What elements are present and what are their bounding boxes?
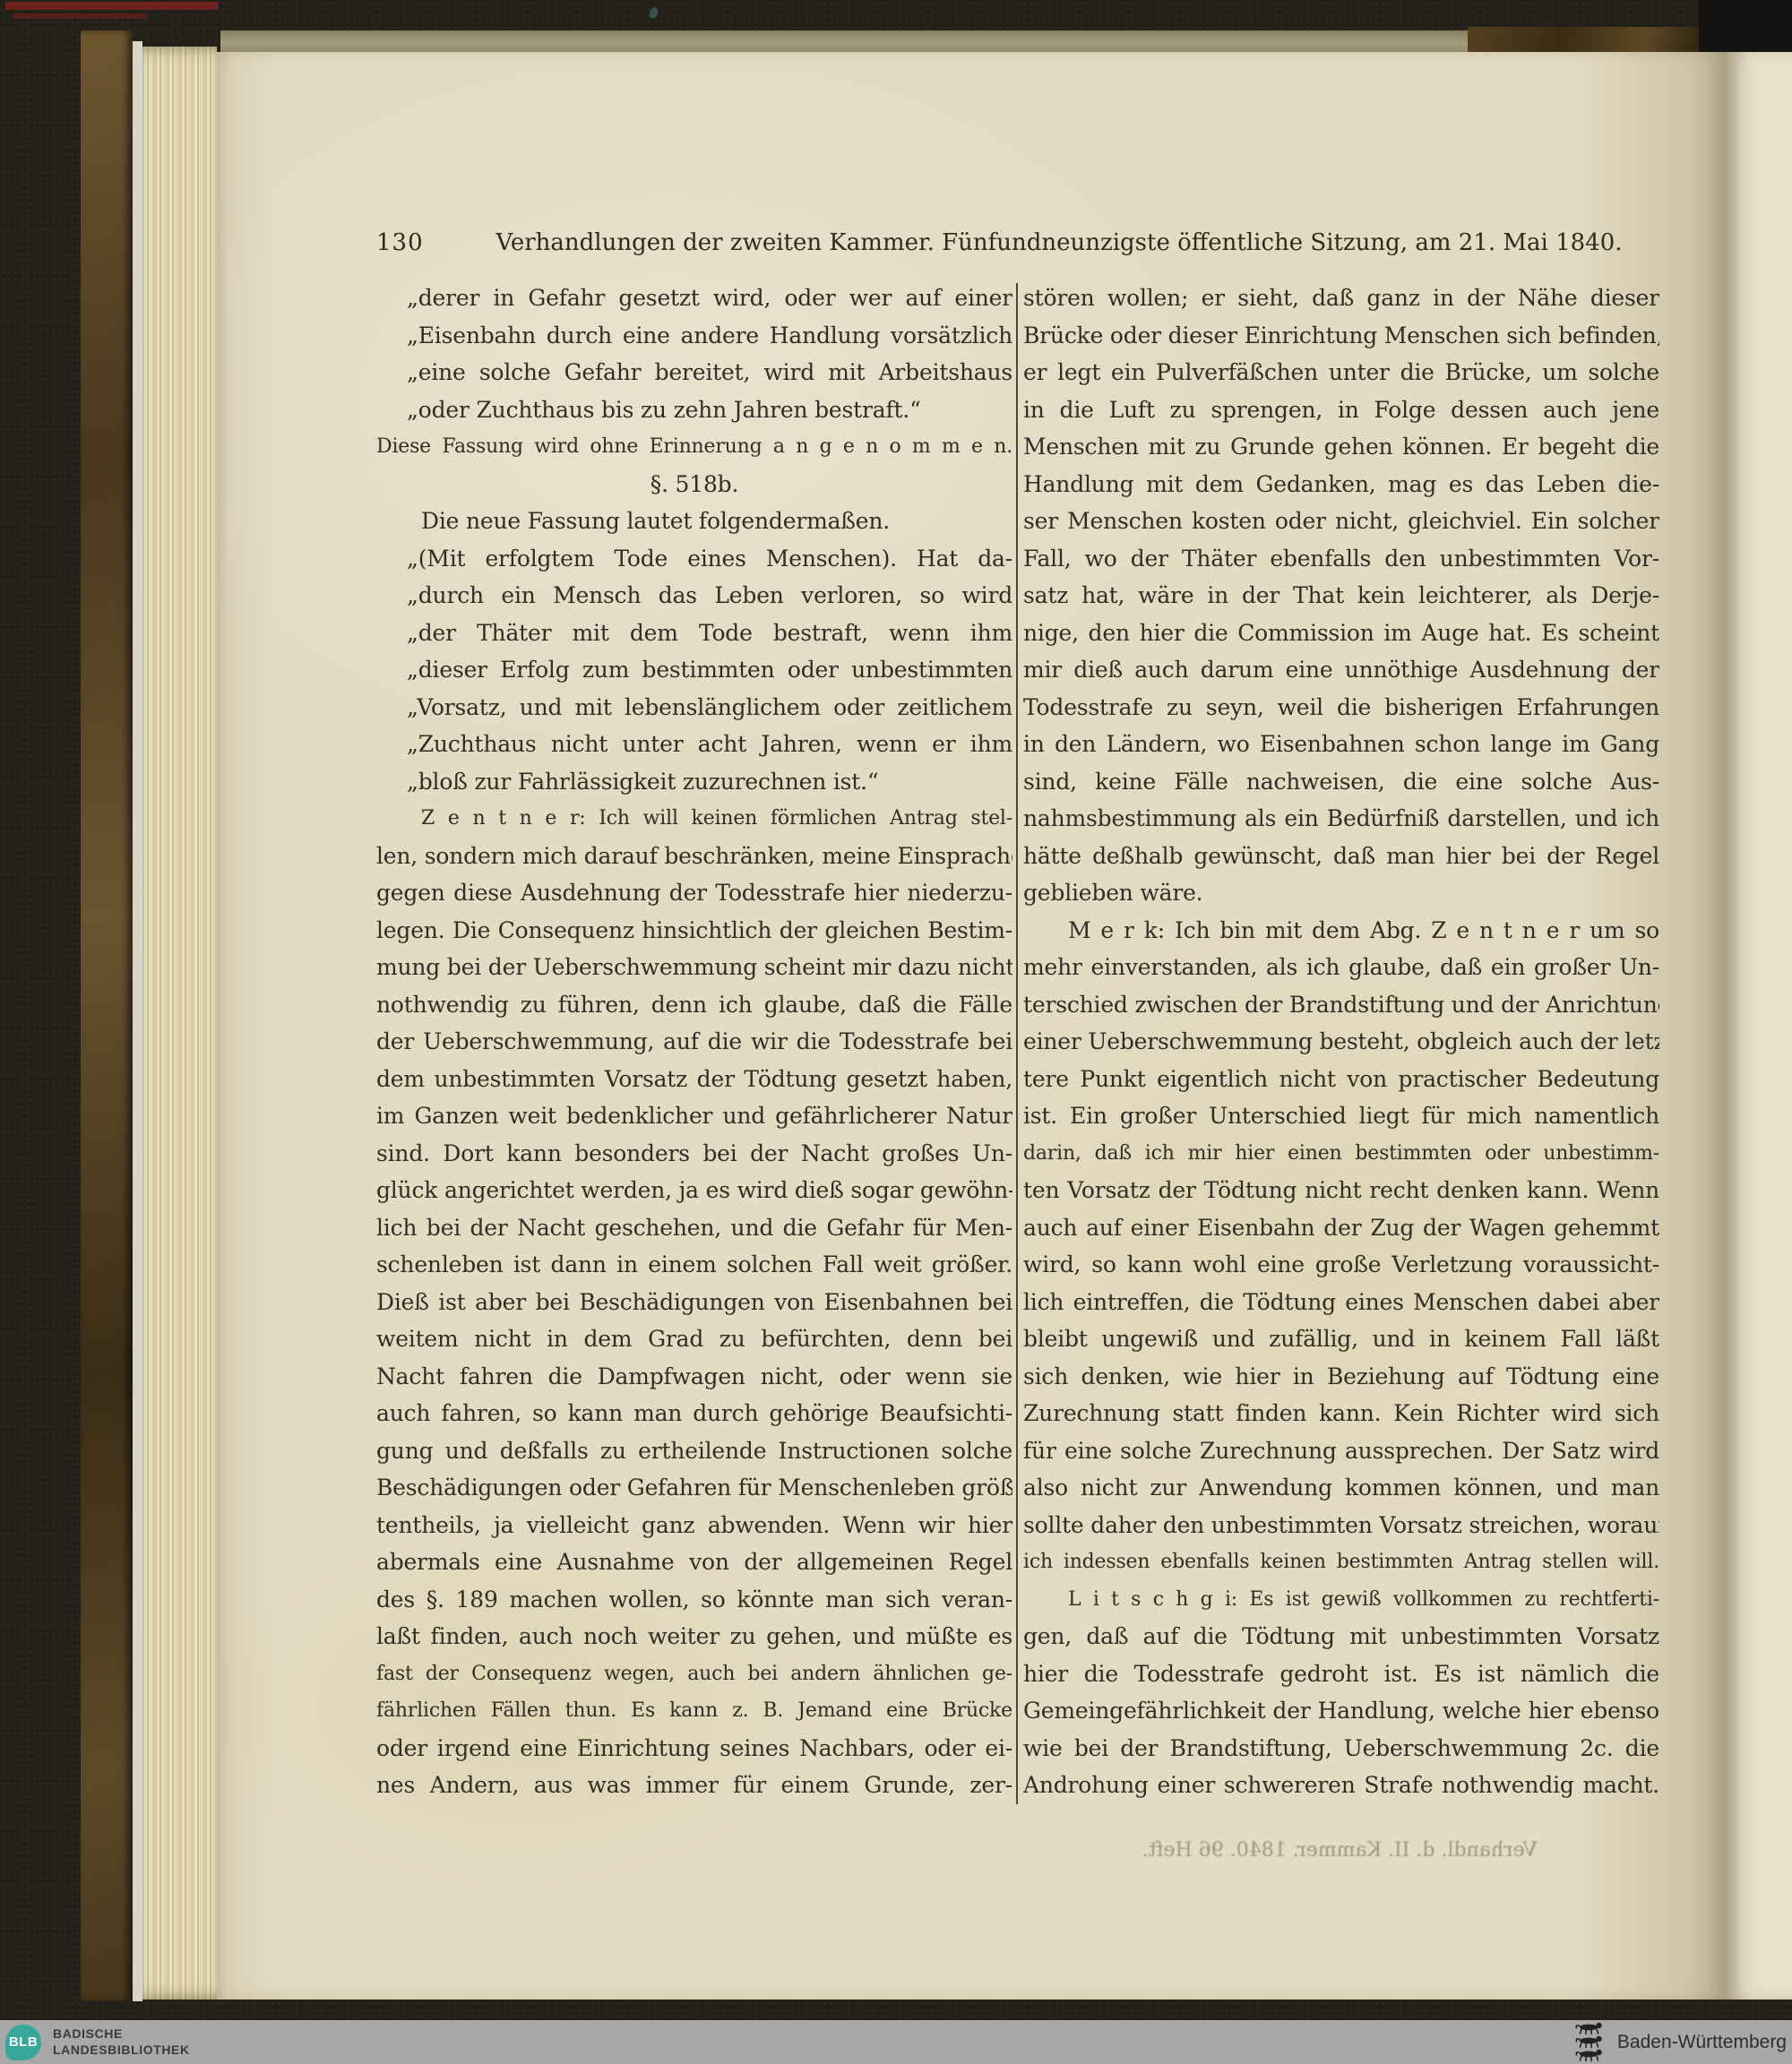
- book-page: 130 Verhandlungen der zweiten Kammer. Fü…: [217, 52, 1726, 1999]
- text-line: ser Menschen kosten oder nicht, gleichvi…: [1023, 503, 1659, 540]
- text-line: der Ueberschwemmung, auf die wir die Tod…: [376, 1023, 1012, 1061]
- text-line: Zurechnung statt finden kann. Kein Richt…: [1023, 1395, 1659, 1432]
- text-line: im Ganzen weit bedenklicher und gefährli…: [376, 1097, 1012, 1135]
- text-line: schenleben ist dann in einem solchen Fal…: [376, 1246, 1012, 1284]
- text-line: „Eisenbahn durch eine andere Handlung vo…: [376, 317, 1012, 355]
- facing-page-sliver: [1726, 52, 1792, 1999]
- page-stack-edges: [142, 47, 217, 1999]
- text-line: fast der Consequenz wegen, auch bei ande…: [376, 1655, 1012, 1693]
- text-line: für eine solche Zurechnung aussprechen. …: [1023, 1432, 1659, 1470]
- text-line: „derer in Gefahr gesetzt wird, oder wer …: [376, 279, 1012, 317]
- top-page-block-edge: [220, 30, 1468, 53]
- text-line: Gemeingefährlichkeit der Handlung, welch…: [1023, 1692, 1659, 1730]
- text-line: nes Andern, aus was immer für einem Grun…: [376, 1767, 1012, 1804]
- library-name-line2: LANDESBIBLIOTHEK: [53, 2042, 190, 2059]
- text-line: nige, den hier die Commission im Auge ha…: [1023, 615, 1659, 652]
- text-line: wird, so kann wohl eine große Verletzung…: [1023, 1246, 1659, 1284]
- text-line: Nacht fahren die Dampfwagen nicht, oder …: [376, 1358, 1012, 1396]
- text-line: mung bei der Ueberschwemmung scheint mir…: [376, 949, 1012, 986]
- text-line: des §. 189 machen wollen, so könnte man …: [376, 1581, 1012, 1619]
- top-right-corner-shadow: [1699, 0, 1792, 57]
- page-number: 130: [376, 229, 459, 256]
- text-line: sind, keine Fälle nachweisen, die eine s…: [1023, 763, 1659, 801]
- library-name-line1: BADISCHE: [53, 2026, 190, 2042]
- text-line: legen. Die Consequenz hinsichtlich der g…: [376, 912, 1012, 950]
- text-line: „oder Zuchthaus bis zu zehn Jahren bestr…: [376, 391, 1012, 429]
- text-line: gen, daß auf die Tödtung mit unbestimmte…: [1023, 1618, 1659, 1655]
- left-column: „derer in Gefahr gesetzt wird, oder wer …: [376, 279, 1012, 1804]
- text-line: tere Punkt eigentlich nicht von practisc…: [1023, 1061, 1659, 1098]
- blb-logo-icon: BLB: [5, 2025, 41, 2060]
- text-line: len, sondern mich darauf beschränken, me…: [376, 838, 1012, 875]
- text-line: „Vorsatz, und mit lebenslänglichem oder …: [376, 689, 1012, 727]
- text-line: „eine solche Gefahr bereitet, wird mit A…: [376, 354, 1012, 391]
- text-line: hätte deßhalb gewünscht, daß man hier be…: [1023, 838, 1659, 875]
- text-line: M e r k: Ich bin mit dem Abg. Z e n t n …: [1023, 912, 1659, 950]
- endpaper-edge: [133, 41, 142, 2001]
- text-line: „durch ein Mensch das Leben verloren, so…: [376, 577, 1012, 615]
- text-line: satz hat, wäre in der That kein leichter…: [1023, 577, 1659, 615]
- text-line: „Zuchthaus nicht unter acht Jahren, wenn…: [376, 726, 1012, 763]
- text-line: Diese Fassung wird ohne Erinnerung a n g…: [376, 428, 1012, 466]
- viewer-footer-bar: BLB BADISCHE LANDESBIBLIOTHEK Baden-Würt…: [0, 2020, 1792, 2064]
- text-line: in den Ländern, wo Eisenbahnen schon lan…: [1023, 726, 1659, 763]
- spine-top-red-strip: [5, 2, 219, 10]
- running-title: Verhandlungen der zweiten Kammer. Fünfun…: [459, 229, 1659, 256]
- column-divider-rule: [1016, 283, 1018, 1804]
- text-line: ten Vorsatz der Tödtung nicht recht denk…: [1023, 1172, 1659, 1209]
- text-line: sich denken, wie hier in Beziehung auf T…: [1023, 1358, 1659, 1396]
- text-line: einer Ueberschwemmung besteht, obgleich …: [1023, 1023, 1659, 1061]
- text-line: Die neue Fassung lautet folgendermaßen.: [376, 503, 1012, 540]
- text-line: dem unbestimmten Vorsatz der Tödtung ges…: [376, 1061, 1012, 1098]
- text-line: hier die Todesstrafe gedroht ist. Es ist…: [1023, 1655, 1659, 1693]
- text-line: sind. Dort kann besonders bei der Nacht …: [376, 1135, 1012, 1173]
- top-right-cover-edge: [1468, 27, 1702, 53]
- show-through-text: Verhandl. d. II. Kammer. 1840. 96 Heft.: [1021, 1839, 1658, 1862]
- text-line: Handlung mit dem Gedanken, mag es das Le…: [1023, 466, 1659, 503]
- text-line: tentheils, ja vielleicht ganz abwenden. …: [376, 1507, 1012, 1544]
- text-line: Beschädigungen oder Gefahren für Mensche…: [376, 1469, 1012, 1507]
- text-line: „dieser Erfolg zum bestimmten oder unbes…: [376, 651, 1012, 689]
- library-name: BADISCHE LANDESBIBLIOTHEK: [53, 2026, 190, 2058]
- text-line: geblieben wäre.: [1023, 874, 1659, 912]
- right-column: stören wollen; er sieht, daß ganz in der…: [1023, 279, 1659, 1804]
- text-line: §. 518b.: [376, 466, 1012, 503]
- text-line: lich bei der Nacht geschehen, und die Ge…: [376, 1209, 1012, 1247]
- page-header: 130 Verhandlungen der zweiten Kammer. Fü…: [376, 229, 1659, 256]
- text-line: auch fahren, so kann man durch gehörige …: [376, 1395, 1012, 1432]
- text-line: in die Luft zu sprengen, in Folge dessen…: [1023, 391, 1659, 429]
- baden-wuerttemberg-crest-icon: [1572, 2022, 1608, 2063]
- text-line: stören wollen; er sieht, daß ganz in der…: [1023, 279, 1659, 317]
- text-line: glück angerichtet werden, ja es wird die…: [376, 1172, 1012, 1209]
- state-branding: Baden-Württemberg: [1572, 2022, 1787, 2063]
- scan-viewer: 130 Verhandlungen der zweiten Kammer. Fü…: [0, 0, 1792, 2064]
- text-line: Menschen mit zu Grunde gehen können. Er …: [1023, 428, 1659, 466]
- book-cover-marbled-edge: [81, 30, 133, 2001]
- state-name: Baden-Württemberg: [1617, 2032, 1787, 2053]
- text-line: sollte daher den unbestimmten Vorsatz st…: [1023, 1507, 1659, 1544]
- text-line: Dieß ist aber bei Beschädigungen von Eis…: [376, 1284, 1012, 1321]
- text-line: weitem nicht in dem Grad zu befürchten, …: [376, 1320, 1012, 1358]
- text-line: oder irgend eine Einrichtung seines Nach…: [376, 1730, 1012, 1767]
- text-line: gegen diese Ausdehnung der Todesstrafe h…: [376, 874, 1012, 912]
- text-line: ist. Ein großer Unterschied liegt für mi…: [1023, 1097, 1659, 1135]
- spine-top-red-strip2: [13, 13, 147, 19]
- text-line: lich eintreffen, die Tödtung eines Mensc…: [1023, 1284, 1659, 1321]
- text-line: darin, daß ich mir hier einen bestimmten…: [1023, 1135, 1659, 1173]
- text-line: nahmsbestimmung als ein Bedürfniß darste…: [1023, 800, 1659, 838]
- text-line: Fall, wo der Thäter ebenfalls den unbest…: [1023, 540, 1659, 578]
- text-line: nothwendig zu führen, denn ich glaube, d…: [376, 986, 1012, 1024]
- text-line: Z e n t n e r: Ich will keinen förmliche…: [376, 800, 1012, 838]
- text-line: auch auf einer Eisenbahn der Zug der Wag…: [1023, 1209, 1659, 1247]
- text-line: ich indessen ebenfalls keinen bestimmten…: [1023, 1544, 1659, 1581]
- text-line: laßt finden, auch noch weiter zu gehen, …: [376, 1618, 1012, 1655]
- text-line: er legt ein Pulverfäßchen unter die Brüc…: [1023, 354, 1659, 391]
- text-line: mir dieß auch darum eine unnöthige Ausde…: [1023, 651, 1659, 689]
- ink-speck: [648, 6, 659, 20]
- text-line: gung und deßfalls zu ertheilende Instruc…: [376, 1432, 1012, 1470]
- text-line: bleibt ungewiß und zufällig, und in kein…: [1023, 1320, 1659, 1358]
- text-line: fährlichen Fällen thun. Es kann z. B. Je…: [376, 1692, 1012, 1730]
- text-line: mehr einverstanden, als ich glaube, daß …: [1023, 949, 1659, 986]
- text-line: wie bei der Brandstiftung, Ueberschwemmu…: [1023, 1730, 1659, 1767]
- text-line: L i t s c h g i: Es ist gewiß vollkommen…: [1023, 1581, 1659, 1619]
- text-line: „bloß zur Fahrlässigkeit zuzurechnen ist…: [376, 763, 1012, 801]
- text-line: Brücke oder dieser Einrichtung Menschen …: [1023, 317, 1659, 355]
- text-line: Androhung einer schwereren Strafe nothwe…: [1023, 1767, 1659, 1804]
- text-line: Todesstrafe zu seyn, weil die bisherigen…: [1023, 689, 1659, 727]
- text-columns: „derer in Gefahr gesetzt wird, oder wer …: [376, 279, 1661, 1804]
- text-line: also nicht zur Anwendung kommen können, …: [1023, 1469, 1659, 1507]
- text-line: terschied zwischen der Brandstiftung und…: [1023, 986, 1659, 1024]
- text-line: „(Mit erfolgtem Tode eines Menschen). Ha…: [376, 540, 1012, 578]
- text-line: „der Thäter mit dem Tode bestraft, wenn …: [376, 615, 1012, 652]
- text-line: abermals eine Ausnahme von der allgemein…: [376, 1544, 1012, 1581]
